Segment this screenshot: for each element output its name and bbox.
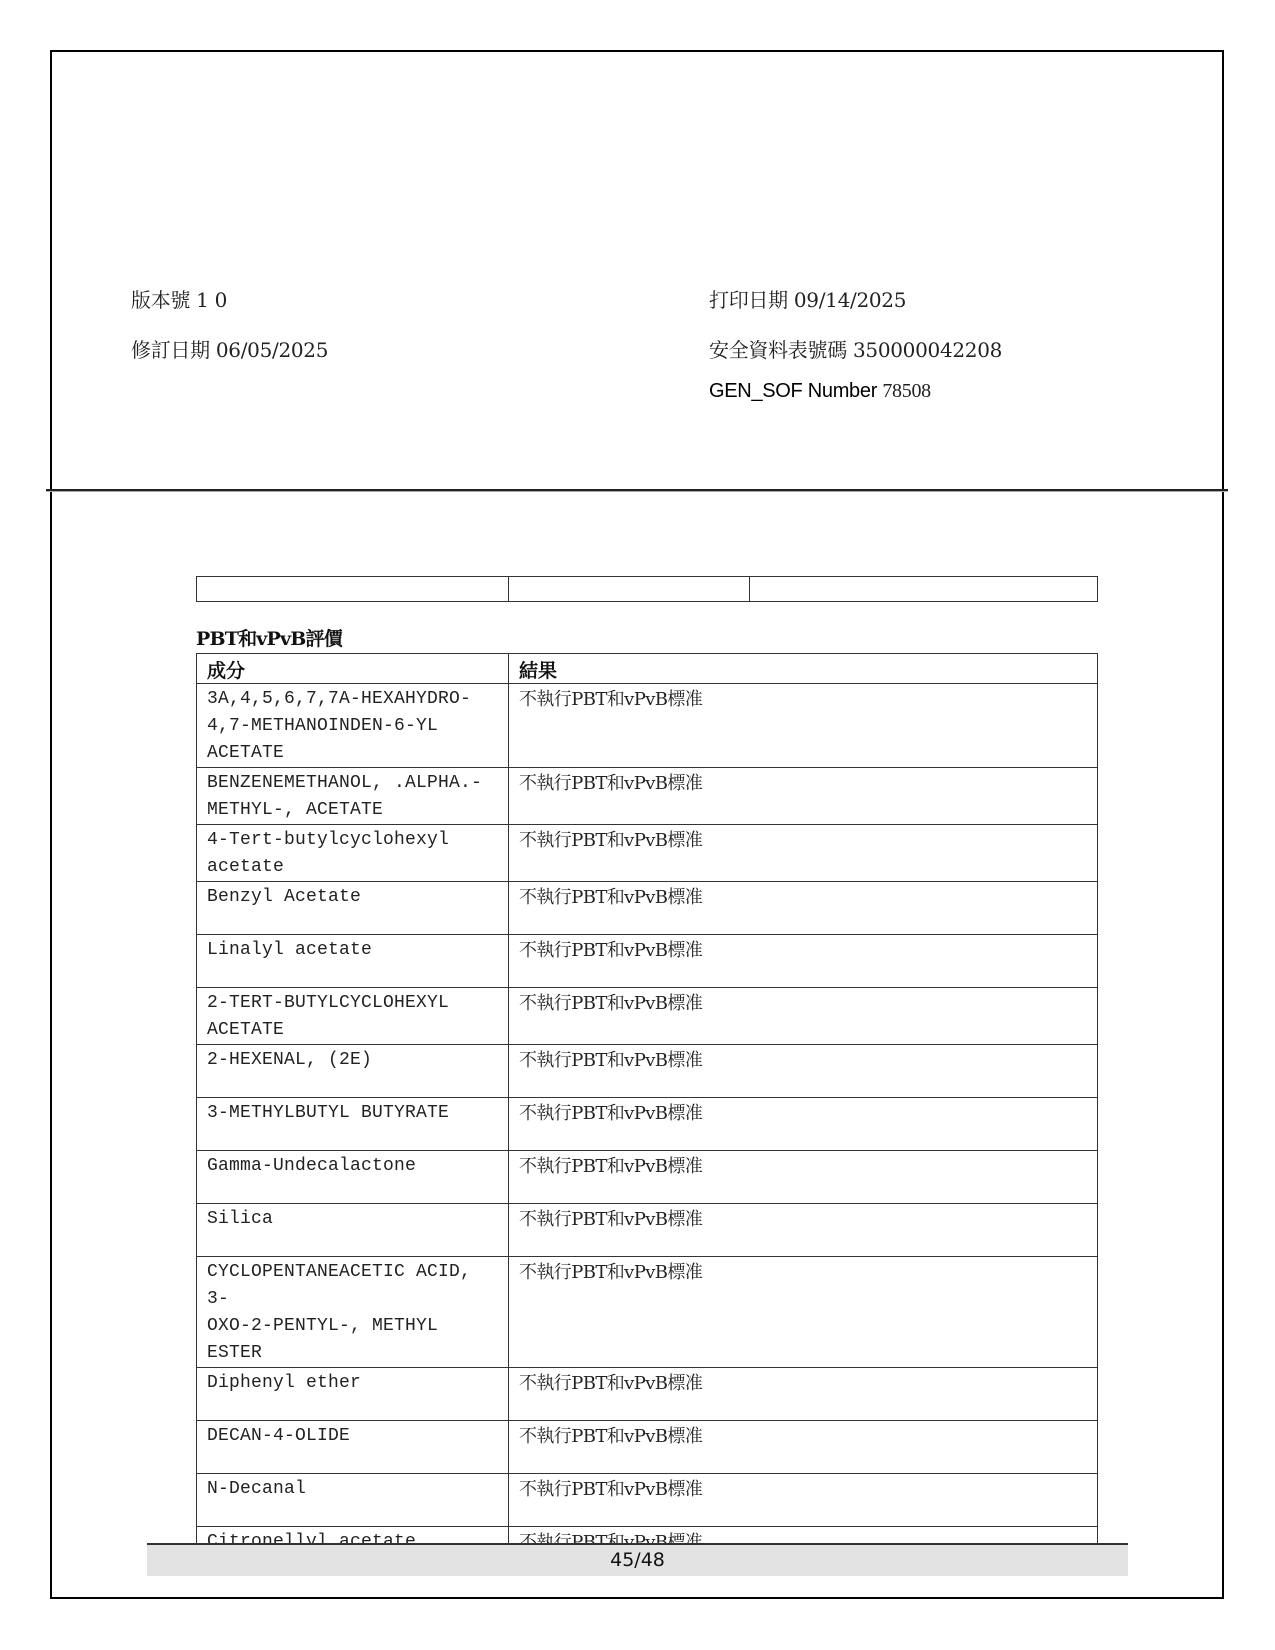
table-row: 3A,4,5,6,7,7A-HEXAHYDRO- 4,7-METHANOINDE… — [197, 684, 1098, 768]
result-cell: 不執行PBT和vPvB標准 — [509, 1098, 1098, 1151]
version-label: 版本號 — [131, 288, 190, 312]
print-label: 打印日期 — [709, 288, 788, 312]
column-header-ingredient: 成分 — [197, 654, 509, 684]
ingredient-cell: BENZENEMETHANOL, .ALPHA.- METHYL-, ACETA… — [197, 768, 509, 825]
table-row: 2-HEXENAL, (2E)不執行PBT和vPvB標准 — [197, 1045, 1098, 1098]
ingredient-cell: 2-HEXENAL, (2E) — [197, 1045, 509, 1098]
page-footer: 45/48 — [147, 1543, 1128, 1576]
ingredient-cell: CYCLOPENTANEACETIC ACID, 3- OXO-2-PENTYL… — [197, 1257, 509, 1368]
ingredient-cell: 3-METHYLBUTYL BUTYRATE — [197, 1098, 509, 1151]
gen-sof-label: GEN_SOF Number — [709, 380, 877, 402]
sds-number: 安全資料表號碼 350000042208 — [709, 334, 1002, 363]
gen-sof-value: 78508 — [882, 380, 931, 402]
print-value: 09/14/2025 — [794, 288, 906, 312]
table-row: Benzyl Acetate不執行PBT和vPvB標准 — [197, 882, 1098, 935]
empty-cell — [750, 577, 1098, 602]
page-number: 45/48 — [610, 1549, 665, 1571]
empty-cell — [197, 577, 509, 602]
result-cell: 不執行PBT和vPvB標准 — [509, 1474, 1098, 1527]
table-row: Diphenyl ether不執行PBT和vPvB標准 — [197, 1368, 1098, 1421]
sds-value: 350000042208 — [853, 338, 1002, 362]
version-number: 版本號 1 0 — [131, 284, 227, 313]
column-header-result: 結果 — [509, 654, 1098, 684]
empty-table — [196, 576, 1098, 602]
section-title: PBT和vPvB評價 — [196, 624, 342, 651]
result-cell: 不執行PBT和vPvB標准 — [509, 1045, 1098, 1098]
table-row: Linalyl acetate不執行PBT和vPvB標准 — [197, 935, 1098, 988]
table-row: DECAN-4-OLIDE不執行PBT和vPvB標准 — [197, 1421, 1098, 1474]
result-cell: 不執行PBT和vPvB標准 — [509, 768, 1098, 825]
gen-sof-number: GEN_SOF Number 78508 — [709, 380, 931, 403]
table-row: CYCLOPENTANEACETIC ACID, 3- OXO-2-PENTYL… — [197, 1257, 1098, 1368]
header-separator — [46, 489, 1228, 492]
result-cell: 不執行PBT和vPvB標准 — [509, 1257, 1098, 1368]
result-cell: 不執行PBT和vPvB標准 — [509, 988, 1098, 1045]
revision-date: 修訂日期 06/05/2025 — [131, 334, 328, 363]
result-cell: 不執行PBT和vPvB標准 — [509, 1204, 1098, 1257]
table-row: Gamma-Undecalactone不執行PBT和vPvB標准 — [197, 1151, 1098, 1204]
empty-cell — [509, 577, 750, 602]
revision-value: 06/05/2025 — [216, 338, 328, 362]
ingredient-cell: Gamma-Undecalactone — [197, 1151, 509, 1204]
ingredient-cell: N-Decanal — [197, 1474, 509, 1527]
ingredient-cell: DECAN-4-OLIDE — [197, 1421, 509, 1474]
result-cell: 不執行PBT和vPvB標准 — [509, 825, 1098, 882]
result-cell: 不執行PBT和vPvB標准 — [509, 1368, 1098, 1421]
ingredient-cell: Silica — [197, 1204, 509, 1257]
revision-label: 修訂日期 — [131, 338, 210, 362]
result-cell: 不執行PBT和vPvB標准 — [509, 684, 1098, 768]
table-row: N-Decanal不執行PBT和vPvB標准 — [197, 1474, 1098, 1527]
ingredient-cell: Linalyl acetate — [197, 935, 509, 988]
result-cell: 不執行PBT和vPvB標准 — [509, 935, 1098, 988]
sds-label: 安全資料表號碼 — [709, 338, 847, 362]
pbt-table: 成分 結果 3A,4,5,6,7,7A-HEXAHYDRO- 4,7-METHA… — [196, 653, 1098, 1557]
ingredient-cell: Benzyl Acetate — [197, 882, 509, 935]
ingredient-cell: 2-TERT-BUTYLCYCLOHEXYL ACETATE — [197, 988, 509, 1045]
print-date: 打印日期 09/14/2025 — [709, 284, 906, 313]
empty-table-row — [197, 577, 1098, 602]
ingredient-cell: 3A,4,5,6,7,7A-HEXAHYDRO- 4,7-METHANOINDE… — [197, 684, 509, 768]
result-cell: 不執行PBT和vPvB標准 — [509, 1151, 1098, 1204]
table-row: BENZENEMETHANOL, .ALPHA.- METHYL-, ACETA… — [197, 768, 1098, 825]
table-row: 4-Tert-butylcyclohexyl acetate不執行PBT和vPv… — [197, 825, 1098, 882]
result-cell: 不執行PBT和vPvB標准 — [509, 1421, 1098, 1474]
result-cell: 不執行PBT和vPvB標准 — [509, 882, 1098, 935]
table-row: Silica不執行PBT和vPvB標准 — [197, 1204, 1098, 1257]
ingredient-cell: Diphenyl ether — [197, 1368, 509, 1421]
table-row: 2-TERT-BUTYLCYCLOHEXYL ACETATE不執行PBT和vPv… — [197, 988, 1098, 1045]
table-row: 3-METHYLBUTYL BUTYRATE不執行PBT和vPvB標准 — [197, 1098, 1098, 1151]
version-value: 1 0 — [196, 288, 227, 312]
table-header-row: 成分 結果 — [197, 654, 1098, 684]
ingredient-cell: 4-Tert-butylcyclohexyl acetate — [197, 825, 509, 882]
